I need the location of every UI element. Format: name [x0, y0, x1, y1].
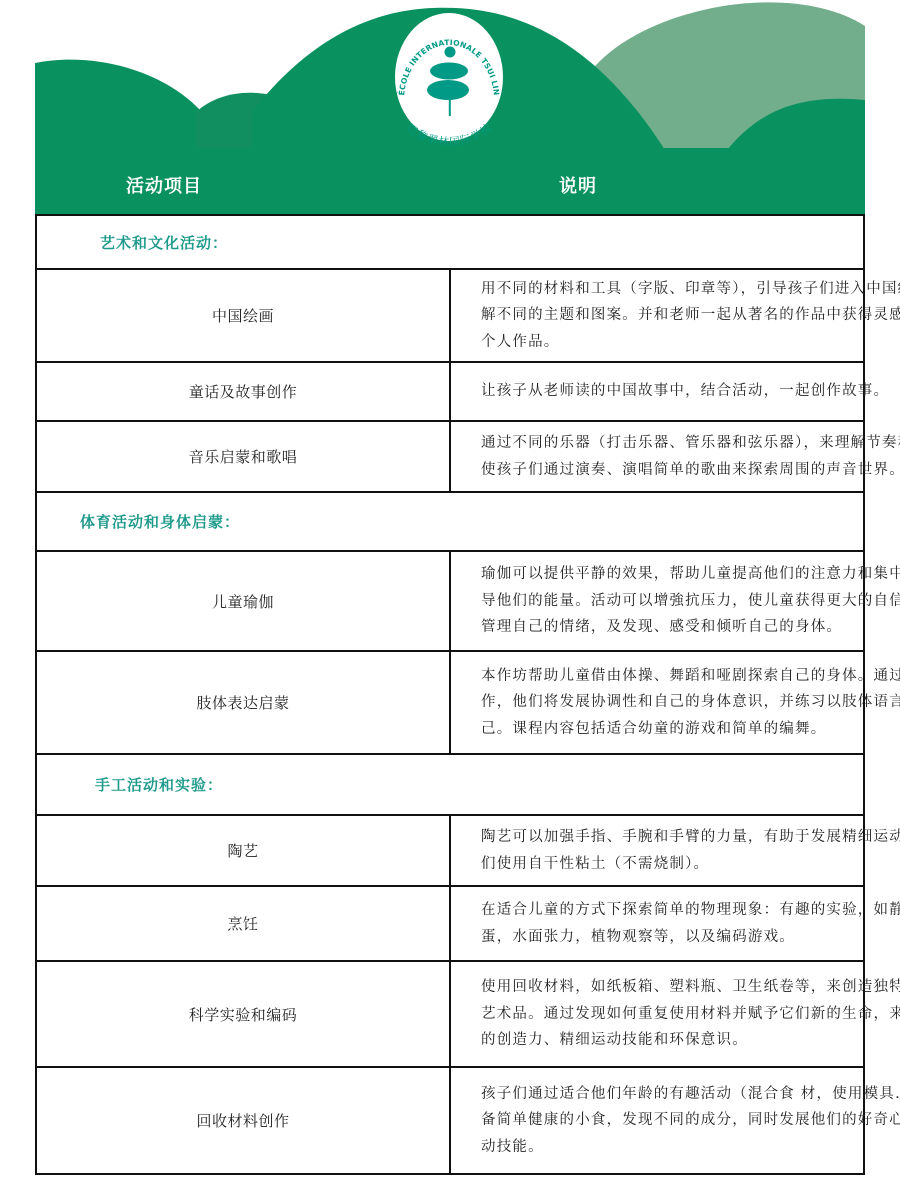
activity-name: 烹饪	[36, 886, 450, 961]
table-row: 童话及故事创作 让孩子从老师读的中国故事中，结合活动，一起创作故事。	[36, 362, 864, 421]
activity-description: 通过不同的乐器（打击乐器、管乐器和弦乐器），来理解节奏和旋律。 使孩子们通过演奏…	[450, 421, 864, 492]
section-header-row: 艺术和文化活动：	[36, 215, 864, 269]
activity-description: 陶艺可以加强手指、手腕和手臂的力量，有助于发展精细运动技能。我 们使用自干性粘土…	[450, 815, 864, 886]
table-row: 肢体表达启蒙 本作坊帮助儿童借由体操、舞蹈和哑剧探索自己的身体。通过不同的动 作…	[36, 651, 864, 754]
activity-description: 使用回收材料，如纸板箱、塑料瓶、卫生纸卷等，来创造独特的物品和 艺术品。通过发现…	[450, 961, 864, 1067]
section-header-row: 体育活动和身体启蒙：	[36, 492, 864, 551]
school-logo: ÉCOLE INTERNATIONALE TSUI LIN 巴黎翠林国际学校	[395, 13, 503, 148]
table-row: 烹饪 在适合儿童的方式下探索简单的物理现象：有趣的实验，如静电，弹 蛋，水面张力…	[36, 886, 864, 961]
activity-name: 音乐启蒙和歌唱	[36, 421, 450, 492]
column-header-activity: 活动项目	[36, 172, 292, 202]
section-title-sports: 体育活动和身体启蒙：	[36, 492, 864, 551]
table-row: 陶艺 陶艺可以加强手指、手腕和手臂的力量，有助于发展精细运动技能。我 们使用自干…	[36, 815, 864, 886]
activity-name: 中国绘画	[36, 269, 450, 362]
activity-description: 用不同的材料和工具（字版、印章等），引导孩子们进入中国绘画、理 解不同的主题和图…	[450, 269, 864, 362]
activity-name: 童话及故事创作	[36, 362, 450, 421]
activity-name: 回收材料创作	[36, 1067, 450, 1174]
activity-description: 在适合儿童的方式下探索简单的物理现象：有趣的实验，如静电，弹 蛋，水面张力，植物…	[450, 886, 864, 961]
section-title-arts: 艺术和文化活动：	[36, 215, 864, 269]
column-header-description: 说明	[292, 172, 864, 202]
activity-description: 瑜伽可以提供平静的效果，帮助儿童提高他们的注意力和集中力，并引 导他们的能量。活…	[450, 551, 864, 651]
activity-name: 科学实验和编码	[36, 961, 450, 1067]
table-row: 中国绘画 用不同的材料和工具（字版、印章等），引导孩子们进入中国绘画、理 解不同…	[36, 269, 864, 362]
table-row: 回收材料创作 孩子们通过适合他们年龄的有趣活动（混合食 材，使用模具…）参与准 …	[36, 1067, 864, 1174]
activities-table: 艺术和文化活动： 中国绘画 用不同的材料和工具（字版、印章等），引导孩子们进入中…	[35, 214, 865, 1175]
table-row: 科学实验和编码 使用回收材料，如纸板箱、塑料瓶、卫生纸卷等，来创造独特的物品和 …	[36, 961, 864, 1067]
activity-name: 肢体表达启蒙	[36, 651, 450, 754]
section-header-row: 手工活动和实验：	[36, 754, 864, 815]
activity-name: 陶艺	[36, 815, 450, 886]
activity-description: 孩子们通过适合他们年龄的有趣活动（混合食 材，使用模具…）参与准 备简单健康的小…	[450, 1067, 864, 1174]
table-row: 儿童瑜伽 瑜伽可以提供平静的效果，帮助儿童提高他们的注意力和集中力，并引 导他们…	[36, 551, 864, 651]
table-row: 音乐启蒙和歌唱 通过不同的乐器（打击乐器、管乐器和弦乐器），来理解节奏和旋律。 …	[36, 421, 864, 492]
section-title-crafts: 手工活动和实验：	[36, 754, 864, 815]
activity-name: 儿童瑜伽	[36, 551, 450, 651]
activity-description: 本作坊帮助儿童借由体操、舞蹈和哑剧探索自己的身体。通过不同的动 作，他们将发展协…	[450, 651, 864, 754]
activity-description: 让孩子从老师读的中国故事中，结合活动，一起创作故事。	[450, 362, 864, 421]
